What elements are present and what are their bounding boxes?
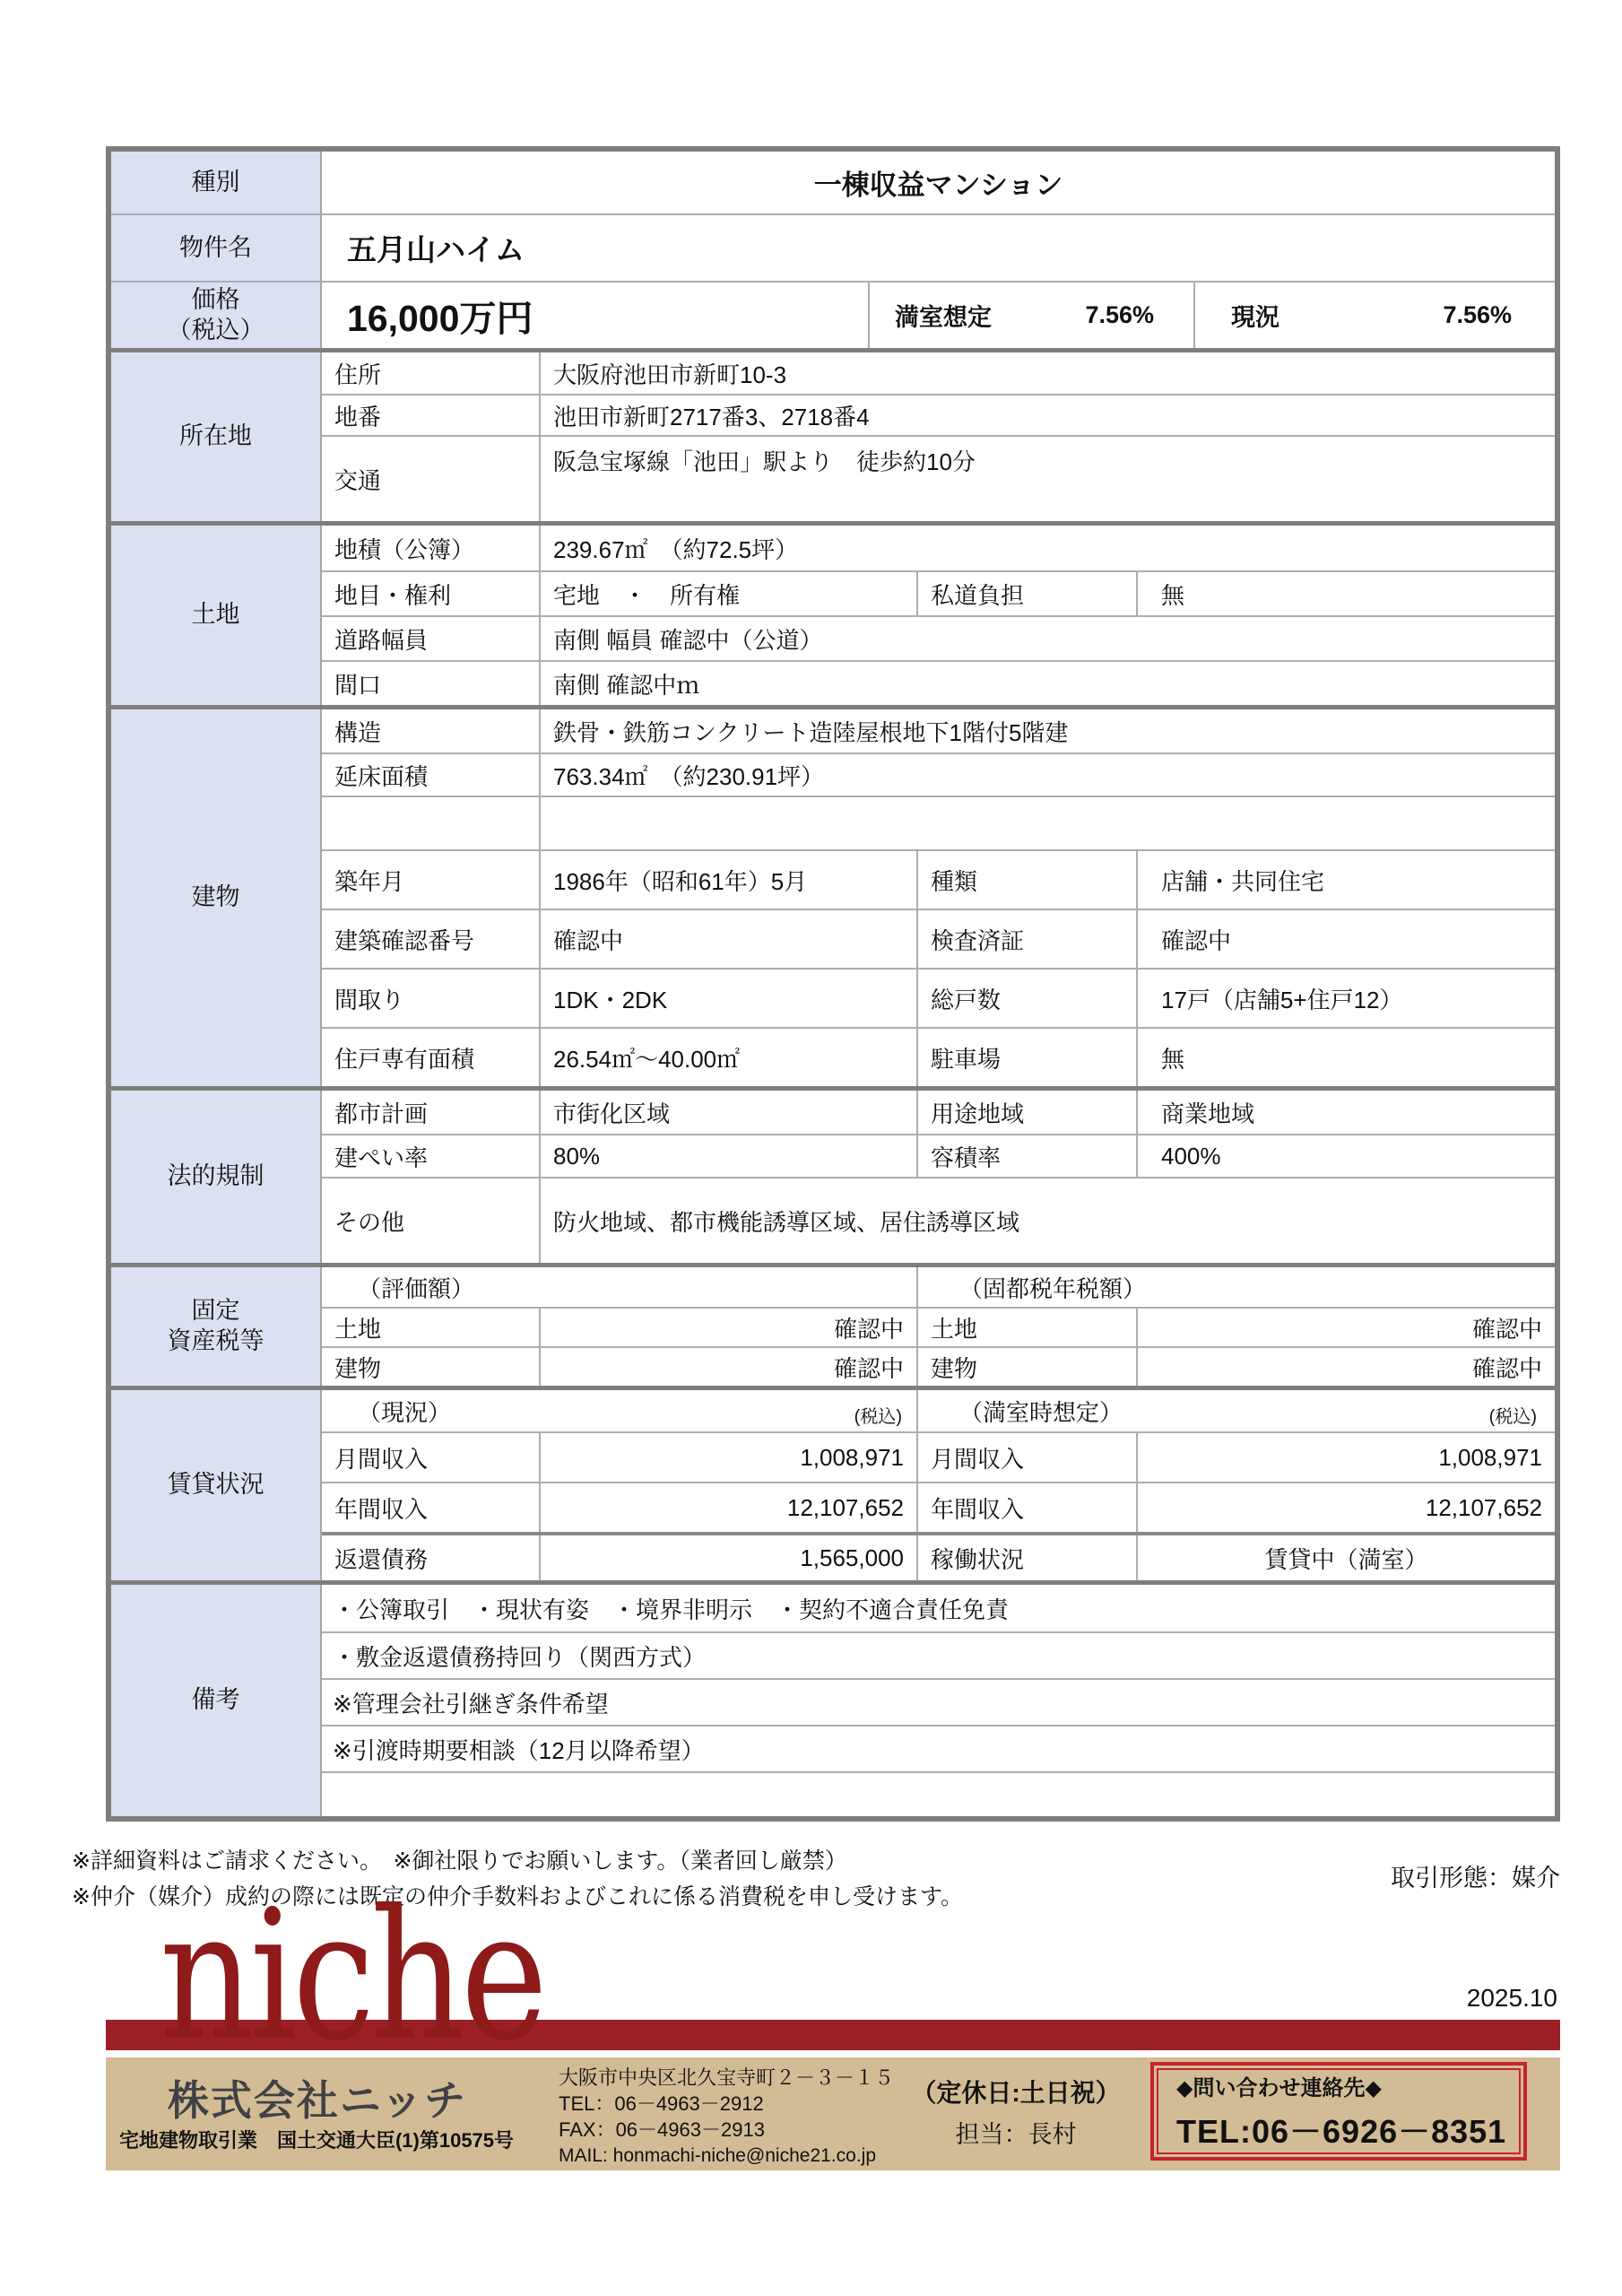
rent-header-left: （現況） (税込) [322, 1390, 918, 1431]
field-label: 土地 [322, 1309, 541, 1346]
field-label: 地目・権利 [322, 572, 541, 615]
table-row-name: 物件名 五月山ハイム [111, 213, 1555, 281]
field-label: 検査済証 [918, 910, 1138, 968]
section-building: 建物 構造 鉄骨・鉄筋コンクリート造陸屋根地下1階付5階建 延床面積 763.3… [111, 705, 1555, 1086]
table-row: 交通 阪急宝塚線「池田」駅より 徒歩約10分 [322, 435, 1555, 521]
yield-full-cell: 満室想定 7.56% [870, 283, 1195, 348]
table-row: 地目・権利 宅地 ・ 所有権 私道負担 無 [322, 570, 1555, 615]
field-label: 間取り [322, 970, 541, 1027]
field-label: 建物 [322, 1348, 541, 1386]
field-value: 確認中 [541, 1348, 918, 1386]
field-value: 17戸（店舗5+住戸12） [1138, 970, 1555, 1027]
property-name-label: 物件名 [111, 215, 322, 281]
field-value: 確認中 [541, 910, 918, 968]
company-contact-block: 大阪市中央区北久宝寺町２－３－１５ TEL：06－4963－2912 FAX：0… [559, 2065, 894, 2169]
table-row: 建ぺい率 80% 容積率 400% [322, 1134, 1555, 1177]
property-table: 種別 一棟収益マンション 物件名 五月山ハイム 価格 （税込） 16,000万円… [106, 146, 1560, 1822]
field-value: 239.67㎡ （約72.5坪） [541, 526, 1555, 570]
field-value: 1986年（昭和61年）5月 [541, 851, 918, 909]
table-row: 都市計画 市街化区域 用途地域 商業地域 [322, 1091, 1555, 1134]
field-value: 無 [1138, 572, 1555, 615]
section-rent: 賃貸状況 （現況） (税込) （満室時想定） (税込) 月間収入 1,008,9… [111, 1386, 1555, 1580]
price-label: 価格 （税込） [111, 283, 322, 348]
section-location-title: 所在地 [111, 352, 322, 521]
field-label: 年間収入 [322, 1483, 541, 1532]
field-value: 無 [1138, 1029, 1555, 1086]
table-row: 地番 池田市新町2717番3、2718番4 [322, 394, 1555, 435]
table-row: 構造 鉄骨・鉄筋コンクリート造陸屋根地下1階付5階建 [322, 709, 1555, 752]
table-row: （現況） (税込) （満室時想定） (税込) [322, 1390, 1555, 1431]
staff-in-charge: 担当：長村 [904, 2115, 1128, 2150]
section-land: 土地 地積（公簿） 239.67㎡ （約72.5坪） 地目・権利 宅地 ・ 所有… [111, 521, 1555, 705]
table-row: （評価額） （固都税年税額） [322, 1267, 1555, 1307]
field-value: 12,107,652 [1138, 1483, 1555, 1532]
field-value: 池田市新町2717番3、2718番4 [541, 396, 1555, 435]
field-label: 住所 [322, 352, 541, 394]
remark-text: ※引渡時期要相談（12月以降希望） [322, 1726, 1555, 1771]
field-value: 12,107,652 [541, 1483, 918, 1532]
yield-full-value: 7.56% [1085, 301, 1154, 329]
field-label: 月間収入 [322, 1433, 541, 1482]
table-row: 道路幅員 南側 幅員 確認中（公道） [322, 615, 1555, 660]
table-row: 建物 確認中 建物 確認中 [322, 1346, 1555, 1386]
field-label: 築年月 [322, 851, 541, 909]
field-value: 確認中 [1138, 1309, 1555, 1346]
inquiry-tel: TEL:06－6926－8351 [1176, 2107, 1519, 2152]
field-value: 南側 確認中ｍ [541, 662, 1555, 705]
table-row-type: 種別 一棟収益マンション [111, 152, 1555, 213]
section-tax-title: 固定 資産税等 [111, 1267, 322, 1386]
field-value: 防火地域、都市機能誘導区域、居住誘導区域 [541, 1178, 1555, 1263]
niche-logo: niche [160, 1887, 543, 2066]
remark-text [322, 1773, 1555, 1816]
rent-header-right: （満室時想定） (税込) [918, 1390, 1555, 1431]
field-value: 商業地域 [1138, 1091, 1555, 1134]
section-legal-title: 法的規制 [111, 1091, 322, 1263]
remark-row [322, 1771, 1555, 1816]
field-label: 駐車場 [918, 1029, 1138, 1086]
field-value: 80% [541, 1135, 918, 1177]
yield-full-label: 満室想定 [895, 298, 992, 333]
remark-row: ※引渡時期要相談（12月以降希望） [322, 1725, 1555, 1771]
deal-type: 取引形態：媒介 [1391, 1858, 1560, 1893]
tax-included-tag: (税込) [1489, 1402, 1537, 1431]
type-label: 種別 [111, 152, 322, 213]
tax-header-left: （評価額） [322, 1267, 918, 1307]
field-label: 建物 [918, 1348, 1138, 1386]
field-label: 月間収入 [918, 1433, 1138, 1482]
field-label: 住戸専有面積 [322, 1029, 541, 1086]
field-label: 地番 [322, 396, 541, 435]
field-label: 種類 [918, 851, 1138, 909]
table-row: 住所 大阪府池田市新町10-3 [322, 352, 1555, 394]
type-value: 一棟収益マンション [322, 152, 1555, 213]
field-value: 確認中 [541, 1309, 918, 1346]
section-remarks-title: 備考 [111, 1585, 322, 1816]
field-value: 1DK・2DK [541, 970, 918, 1027]
field-value: 市街化区域 [541, 1091, 918, 1134]
table-row-price: 価格 （税込） 16,000万円 満室想定 7.56% 現況 7.56% [111, 281, 1555, 348]
field-value: 確認中 [1138, 910, 1555, 968]
field-label: 返還債務 [322, 1535, 541, 1580]
field-label: 容積率 [918, 1135, 1138, 1177]
table-row: 建築確認番号 確認中 検査済証 確認中 [322, 909, 1555, 968]
field-value: 宅地 ・ 所有権 [541, 572, 918, 615]
yield-current-value: 7.56% [1443, 301, 1512, 329]
table-row: 間取り 1DK・2DK 総戸数 17戸（店舗5+住戸12） [322, 968, 1555, 1027]
inquiry-box-inner: ◆問い合わせ連絡先◆ TEL:06－6926－8351 [1157, 2068, 1521, 2154]
field-value: 1,008,971 [541, 1433, 918, 1482]
table-row: 年間収入 12,107,652 年間収入 12,107,652 [322, 1482, 1555, 1532]
company-mail: MAIL: honmachi-niche@niche21.co.jp [559, 2143, 894, 2169]
tax-header-right: （固都税年税額） [918, 1267, 1555, 1307]
field-value: 大阪府池田市新町10-3 [541, 352, 1555, 394]
section-land-title: 土地 [111, 526, 322, 705]
table-row: 間口 南側 確認中ｍ [322, 660, 1555, 705]
field-label: 構造 [322, 709, 541, 752]
table-row: 返還債務 1,565,000 稼働状況 賃貸中（満室） [322, 1532, 1555, 1580]
section-location: 所在地 住所 大阪府池田市新町10-3 地番 池田市新町2717番3、2718番… [111, 348, 1555, 521]
field-value: 400% [1138, 1135, 1555, 1177]
remark-text: ・公簿取引 ・現状有姿 ・境界非明示 ・契約不適合責任免責 [322, 1585, 1555, 1631]
section-tax: 固定 資産税等 （評価額） （固都税年税額） 土地 確認中 土地 確認中 建物 … [111, 1263, 1555, 1386]
table-row: その他 防火地域、都市機能誘導区域、居住誘導区域 [322, 1177, 1555, 1263]
field-value: 店舗・共同住宅 [1138, 851, 1555, 909]
holiday-note: （定休日:土日祝） [904, 2074, 1128, 2109]
field-value: 763.34㎡ （約230.91坪） [541, 754, 1555, 796]
rent-header-current: （現況） [358, 1395, 451, 1428]
field-value: 1,565,000 [541, 1535, 918, 1580]
company-license: 宅地建物取引業 国土交通大臣(1)第10575号 [106, 2126, 527, 2153]
section-legal: 法的規制 都市計画 市街化区域 用途地域 商業地域 建ぺい率 80% 容積率 4… [111, 1086, 1555, 1263]
section-remarks: 備考 ・公簿取引 ・現状有姿 ・境界非明示 ・契約不適合責任免責 ・敷金返還債務… [111, 1580, 1555, 1816]
field-label: その他 [322, 1178, 541, 1263]
yield-current-cell: 現況 7.56% [1195, 283, 1555, 348]
field-label: 地積（公簿） [322, 526, 541, 570]
table-row: 築年月 1986年（昭和61年）5月 種類 店舗・共同住宅 [322, 849, 1555, 909]
remark-text: ・敷金返還債務持回り（関西方式） [322, 1633, 1555, 1678]
issue-date: 2025.10 [1467, 1984, 1557, 2013]
field-value [541, 797, 1555, 849]
company-address: 大阪市中央区北久宝寺町２－３－１５ [559, 2065, 894, 2091]
company-fax: FAX：06－4963－2913 [559, 2117, 894, 2143]
table-row: 土地 確認中 土地 確認中 [322, 1307, 1555, 1346]
field-label: 建ぺい率 [322, 1135, 541, 1177]
field-value: 鉄骨・鉄筋コンクリート造陸屋根地下1階付5階建 [541, 709, 1555, 752]
field-value: 南側 幅員 確認中（公道） [541, 617, 1555, 660]
price-value: 16,000万円 [322, 283, 870, 348]
field-label: 建築確認番号 [322, 910, 541, 968]
remark-row: ・公簿取引 ・現状有姿 ・境界非明示 ・契約不適合責任免責 [322, 1585, 1555, 1631]
field-label: 延床面積 [322, 754, 541, 796]
table-row: 住戸専有面積 26.54㎡～40.00㎡ 駐車場 無 [322, 1027, 1555, 1086]
remark-row: ※管理会社引継ぎ条件希望 [322, 1678, 1555, 1725]
table-row: 月間収入 1,008,971 月間収入 1,008,971 [322, 1431, 1555, 1482]
property-name-value: 五月山ハイム [322, 215, 1555, 281]
remark-text: ※管理会社引継ぎ条件希望 [322, 1680, 1555, 1725]
field-label: 私道負担 [918, 572, 1138, 615]
remark-row: ・敷金返還債務持回り（関西方式） [322, 1631, 1555, 1678]
rent-header-full: （満室時想定） [959, 1395, 1123, 1428]
section-rent-title: 賃貸状況 [111, 1390, 322, 1580]
company-tel: TEL：06－4963－2912 [559, 2091, 894, 2117]
field-value: 賃貸中（満室） [1138, 1535, 1555, 1580]
field-label: 道路幅員 [322, 617, 541, 660]
field-value: 阪急宝塚線「池田」駅より 徒歩約10分 [541, 437, 1555, 521]
section-header: 種別 一棟収益マンション 物件名 五月山ハイム 価格 （税込） 16,000万円… [111, 152, 1555, 348]
field-label: 稼働状況 [918, 1535, 1138, 1580]
field-label: 用途地域 [918, 1091, 1138, 1134]
section-building-title: 建物 [111, 709, 322, 1086]
table-row: 延床面積 763.34㎡ （約230.91坪） [322, 752, 1555, 796]
field-label: 都市計画 [322, 1091, 541, 1134]
inquiry-box: ◆問い合わせ連絡先◆ TEL:06－6926－8351 [1150, 2062, 1527, 2161]
field-label: 年間収入 [918, 1483, 1138, 1532]
yield-current-label: 現況 [1231, 298, 1279, 333]
field-label: 土地 [918, 1309, 1138, 1346]
field-value: 確認中 [1138, 1348, 1555, 1386]
field-label [322, 797, 541, 849]
inquiry-title: ◆問い合わせ連絡先◆ [1176, 2070, 1519, 2101]
table-row: 地積（公簿） 239.67㎡ （約72.5坪） [322, 526, 1555, 570]
table-row-empty [322, 796, 1555, 849]
field-label: 間口 [322, 662, 541, 705]
field-label: 交通 [322, 437, 541, 521]
field-value: 1,008,971 [1138, 1433, 1555, 1482]
field-value: 26.54㎡～40.00㎡ [541, 1029, 918, 1086]
tax-included-tag: (税込) [854, 1402, 902, 1431]
field-label: 総戸数 [918, 970, 1138, 1027]
